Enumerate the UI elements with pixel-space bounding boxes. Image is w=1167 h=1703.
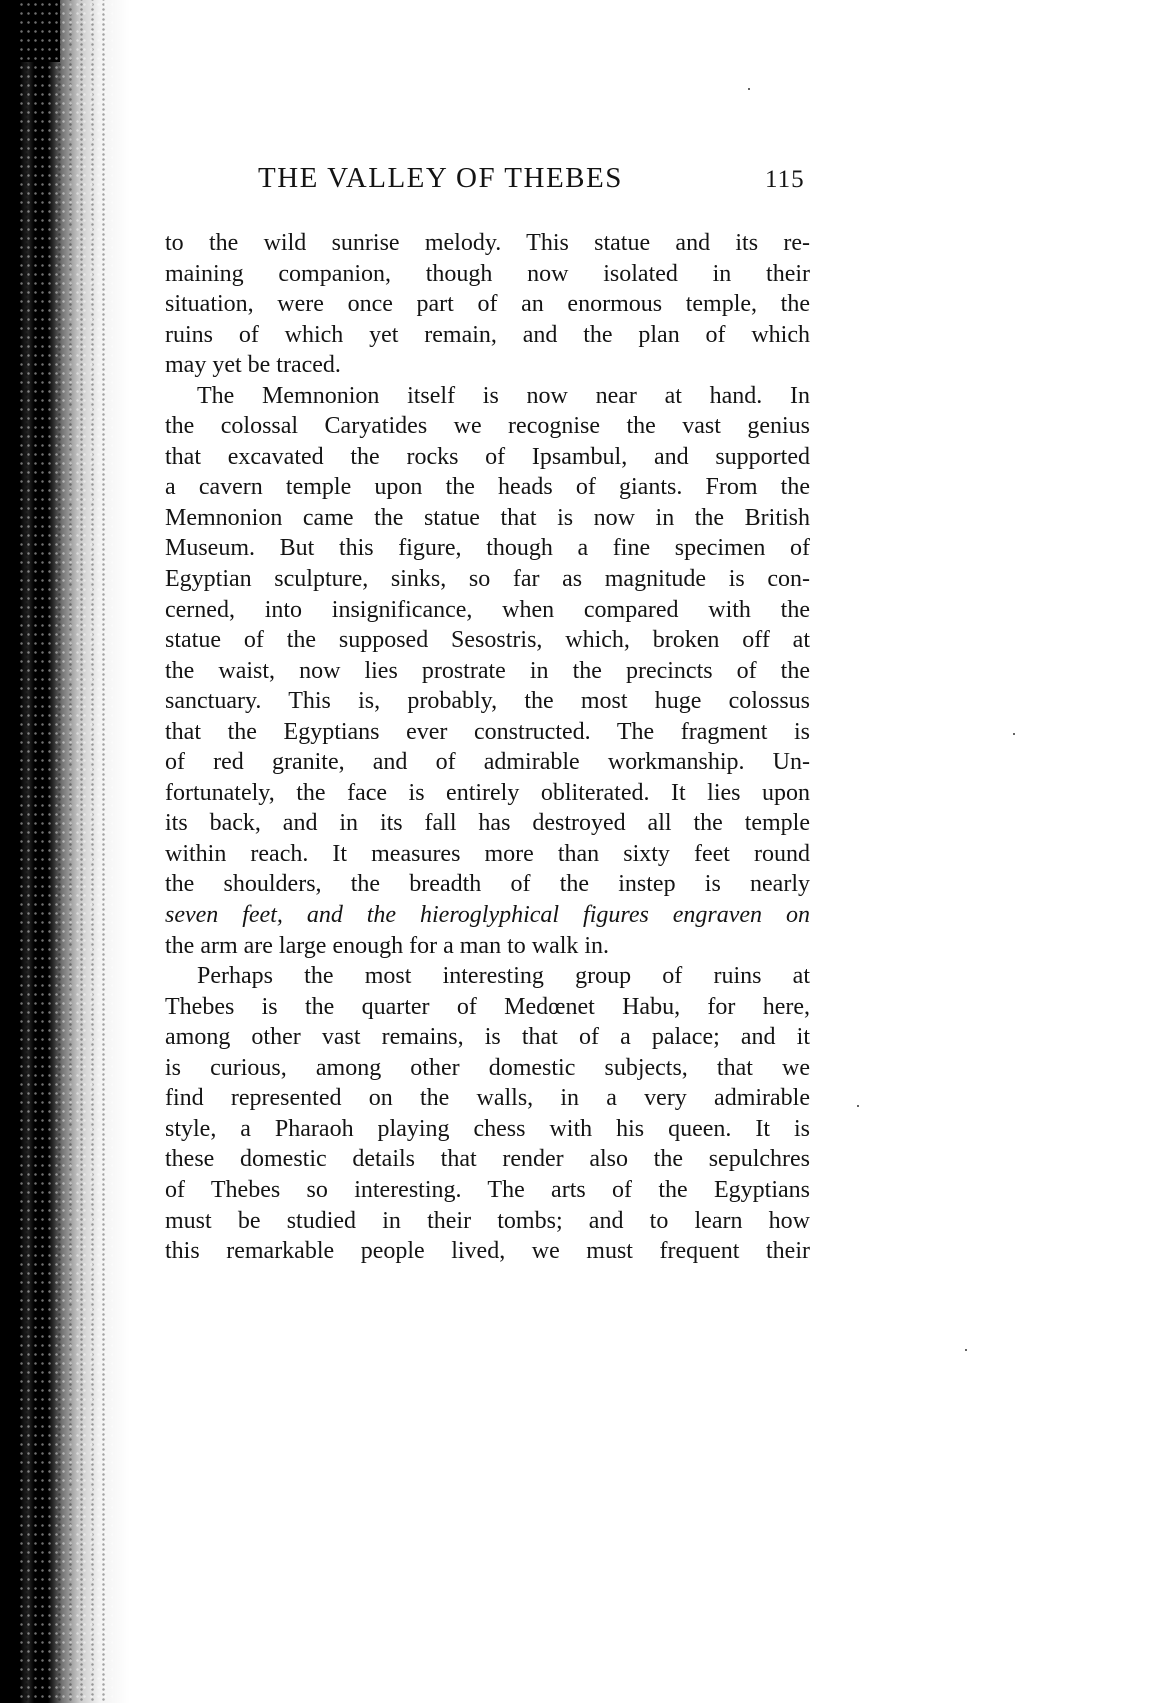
text-line: Memnonion came the statue that is now in… xyxy=(165,503,810,534)
text-line: within reach. It measures more than sixt… xyxy=(165,839,810,870)
text-line: among other vast remains, is that of a p… xyxy=(165,1022,810,1053)
text-line: ruins of which yet remain, and the plan … xyxy=(165,320,810,351)
text-line: situation, were once part of an enormous… xyxy=(165,289,810,320)
text-line: style, a Pharaoh playing chess with his … xyxy=(165,1114,810,1145)
text-line: statue of the supposed Sesostris, which,… xyxy=(165,625,810,656)
text-line: the arm are large enough for a man to wa… xyxy=(165,931,810,962)
text-line: of red granite, and of admirable workman… xyxy=(165,747,810,778)
page-number: 115 xyxy=(765,166,805,194)
text-line: of Thebes so interesting. The arts of th… xyxy=(165,1175,810,1206)
text-line: the waist, now lies prostrate in the pre… xyxy=(165,656,810,687)
text-line: fortunately, the face is entirely oblite… xyxy=(165,778,810,809)
text-line: The Memnonion itself is now near at hand… xyxy=(165,381,810,412)
text-line: Thebes is the quarter of Medœnet Habu, f… xyxy=(165,992,810,1023)
text-line: these domestic details that render also … xyxy=(165,1144,810,1175)
body-text: to the wild sunrise melody. This statue … xyxy=(165,228,810,1267)
text-line: must be studied in their tombs; and to l… xyxy=(165,1206,810,1237)
text-line: that the Egyptians ever constructed. The… xyxy=(165,717,810,748)
text-line: that excavated the rocks of Ipsambul, an… xyxy=(165,442,810,473)
text-line: sanctuary. This is, probably, the most h… xyxy=(165,686,810,717)
scan-noise xyxy=(18,0,113,1703)
text-line: Museum. But this figure, though a fine s… xyxy=(165,533,810,564)
text-line: cerned, into insignificance, when compar… xyxy=(165,595,810,626)
text-line: is curious, among other domestic subject… xyxy=(165,1053,810,1084)
text-line: Perhaps the most interesting group of ru… xyxy=(165,961,810,992)
scan-speck xyxy=(965,1349,967,1351)
text-line: the colossal Caryatides we recognise the… xyxy=(165,411,810,442)
text-line: find represented on the walls, in a very… xyxy=(165,1083,810,1114)
text-line: this remarkable people lived, we must fr… xyxy=(165,1236,810,1267)
scan-speck xyxy=(748,88,750,90)
page-header: THE VALLEY OF THEBES 115 xyxy=(258,162,818,202)
text-line: seven feet, and the hieroglyphical figur… xyxy=(165,900,810,931)
text-line: Egyptian sculpture, sinks, so far as mag… xyxy=(165,564,810,595)
text-line: to the wild sunrise melody. This statue … xyxy=(165,228,810,259)
text-line: its back, and in its fall has destroyed … xyxy=(165,808,810,839)
text-line: may yet be traced. xyxy=(165,350,810,381)
text-line: the shoulders, the breadth of the instep… xyxy=(165,869,810,900)
text-line: maining companion, though now isolated i… xyxy=(165,259,810,290)
scan-speck xyxy=(857,1105,859,1107)
scan-speck xyxy=(1013,733,1015,735)
text-line: a cavern temple upon the heads of giants… xyxy=(165,472,810,503)
running-title: THE VALLEY OF THEBES xyxy=(258,162,623,195)
